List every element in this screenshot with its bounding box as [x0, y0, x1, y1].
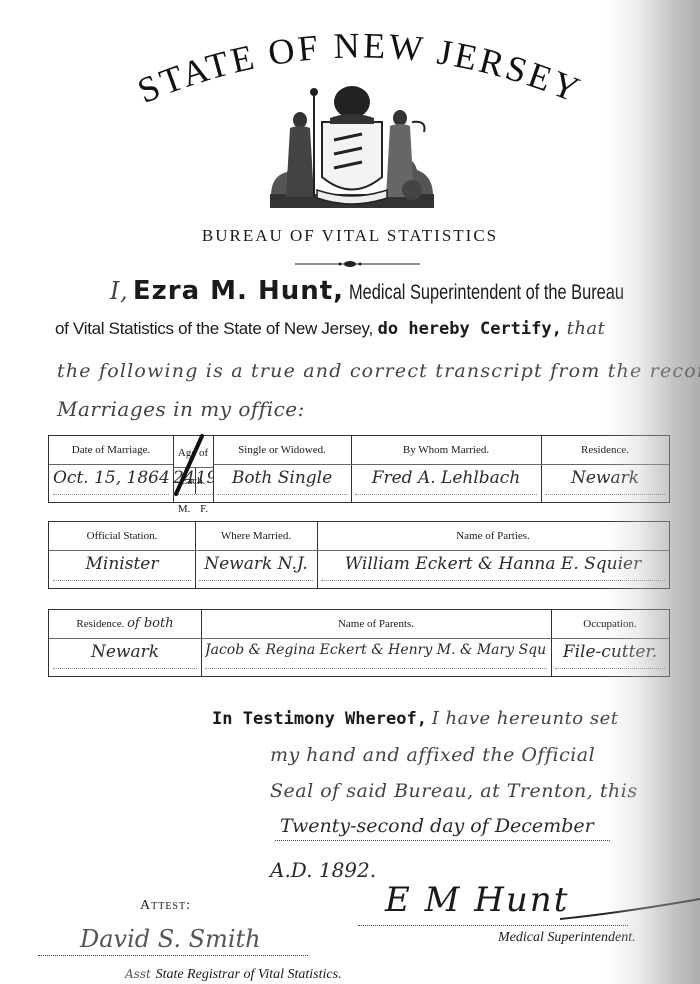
- superintendent-title: Medical Superintendent.: [498, 930, 636, 946]
- column-header: Occupation.: [551, 610, 669, 639]
- testimony-date-day: Twenty-second day of December: [280, 815, 594, 837]
- by-whom-married-value: Fred A. Lehlbach: [355, 468, 537, 495]
- residence-header: Residence. of both: [49, 610, 201, 639]
- name-of-parties-cell: Name of Parties. William Eckert & Hanna …: [317, 522, 669, 588]
- testimony-line-3: Seal of said Bureau, at Trenton, this: [270, 780, 638, 802]
- record-table-row-1: Date of Marriage. Oct. 15, 1864 Age of E…: [48, 435, 670, 503]
- testimony-line-2: my hand and affixed the Official: [270, 744, 595, 766]
- column-header: Name of Parties.: [317, 522, 669, 551]
- residence-cell: Residence. Newark: [541, 436, 669, 502]
- testimony-text: I have hereunto set: [432, 708, 619, 729]
- certification-text: of Vital Statistics of the State of New …: [55, 319, 373, 339]
- date-of-marriage-cell: Date of Marriage. Oct. 15, 1864: [49, 436, 174, 502]
- certify-pronoun: I,: [110, 277, 128, 305]
- column-header: Date of Marriage.: [49, 436, 173, 465]
- residence-value: Newark: [53, 642, 197, 669]
- name-of-parties-value: William Eckert & Hanna E. Squier: [321, 554, 665, 581]
- testimony-lead: In Testimony Whereof,: [212, 709, 427, 729]
- superintendent-signature: E M Hunt: [385, 880, 569, 920]
- state-seal-icon: [262, 82, 442, 212]
- single-widowed-value: Both Single: [217, 468, 347, 495]
- name-of-parents-cell: Name of Parents. Jacob & Regina Eckert &…: [201, 610, 552, 676]
- certification-text: Medical Superintendent of the Bureau: [349, 281, 624, 305]
- handwritten-note: of both: [127, 616, 174, 631]
- testimony-line-1: In Testimony Whereof, I have hereunto se…: [212, 708, 619, 730]
- registrar-prefix: Asst: [125, 967, 151, 981]
- name-of-parents-value: Jacob & Regina Eckert & Henry M. & Mary …: [205, 642, 547, 669]
- certification-line-2: of Vital Statistics of the State of New …: [55, 318, 605, 340]
- column-header: Where Married.: [195, 522, 317, 551]
- residence-of-both-cell: Residence. of both Newark: [49, 610, 202, 676]
- signature-flourish-icon: [560, 895, 700, 925]
- superintendent-name: Ezra M. Hunt,: [133, 276, 344, 306]
- certification-line-4: Marriages in my office:: [57, 397, 305, 421]
- date-of-marriage-value: Oct. 15, 1864: [53, 468, 169, 495]
- column-header: By Whom Married.: [351, 436, 541, 465]
- divider-ornament-icon: [295, 260, 420, 268]
- bureau-heading: BUREAU OF VITAL STATISTICS: [0, 226, 700, 246]
- registrar-signature: David S. Smith: [80, 925, 261, 953]
- certify-phrase: do hereby Certify,: [378, 319, 562, 339]
- column-header: Residence.: [541, 436, 669, 465]
- certification-line-3: the following is a true and correct tran…: [57, 360, 700, 382]
- where-married-cell: Where Married. Newark N.J.: [195, 522, 318, 588]
- single-widowed-cell: Single or Widowed. Both Single: [213, 436, 352, 502]
- where-married-value: Newark N.J.: [199, 554, 313, 581]
- column-header: Single or Widowed.: [213, 436, 351, 465]
- record-table-row-2: Official Station. Minister Where Married…: [48, 521, 670, 589]
- registrar-title: State Registrar of Vital Statistics.: [156, 967, 342, 982]
- column-header: Official Station.: [49, 522, 195, 551]
- residence-value: Newark: [545, 468, 665, 495]
- column-header: Name of Parents.: [201, 610, 551, 639]
- occupation-cell: Occupation. File-cutter.: [551, 610, 669, 676]
- registrar-title-line: Asst State Registrar of Vital Statistics…: [125, 962, 342, 984]
- certification-line-1: I, Ezra M. Hunt, Medical Superintendent …: [110, 276, 700, 306]
- official-station-cell: Official Station. Minister: [49, 522, 196, 588]
- column-header: Residence.: [76, 618, 124, 630]
- testimony-year: A.D. 1892.: [270, 858, 376, 882]
- by-whom-married-cell: By Whom Married. Fred A. Lehlbach: [351, 436, 542, 502]
- certification-text: that: [567, 318, 606, 339]
- attest-label: Attest:: [140, 898, 191, 914]
- checkmark-annotation-icon: [170, 432, 210, 502]
- record-table-row-3: Residence. of both Newark Name of Parent…: [48, 609, 670, 677]
- official-station-value: Minister: [53, 554, 191, 581]
- occupation-value: File-cutter.: [555, 642, 665, 669]
